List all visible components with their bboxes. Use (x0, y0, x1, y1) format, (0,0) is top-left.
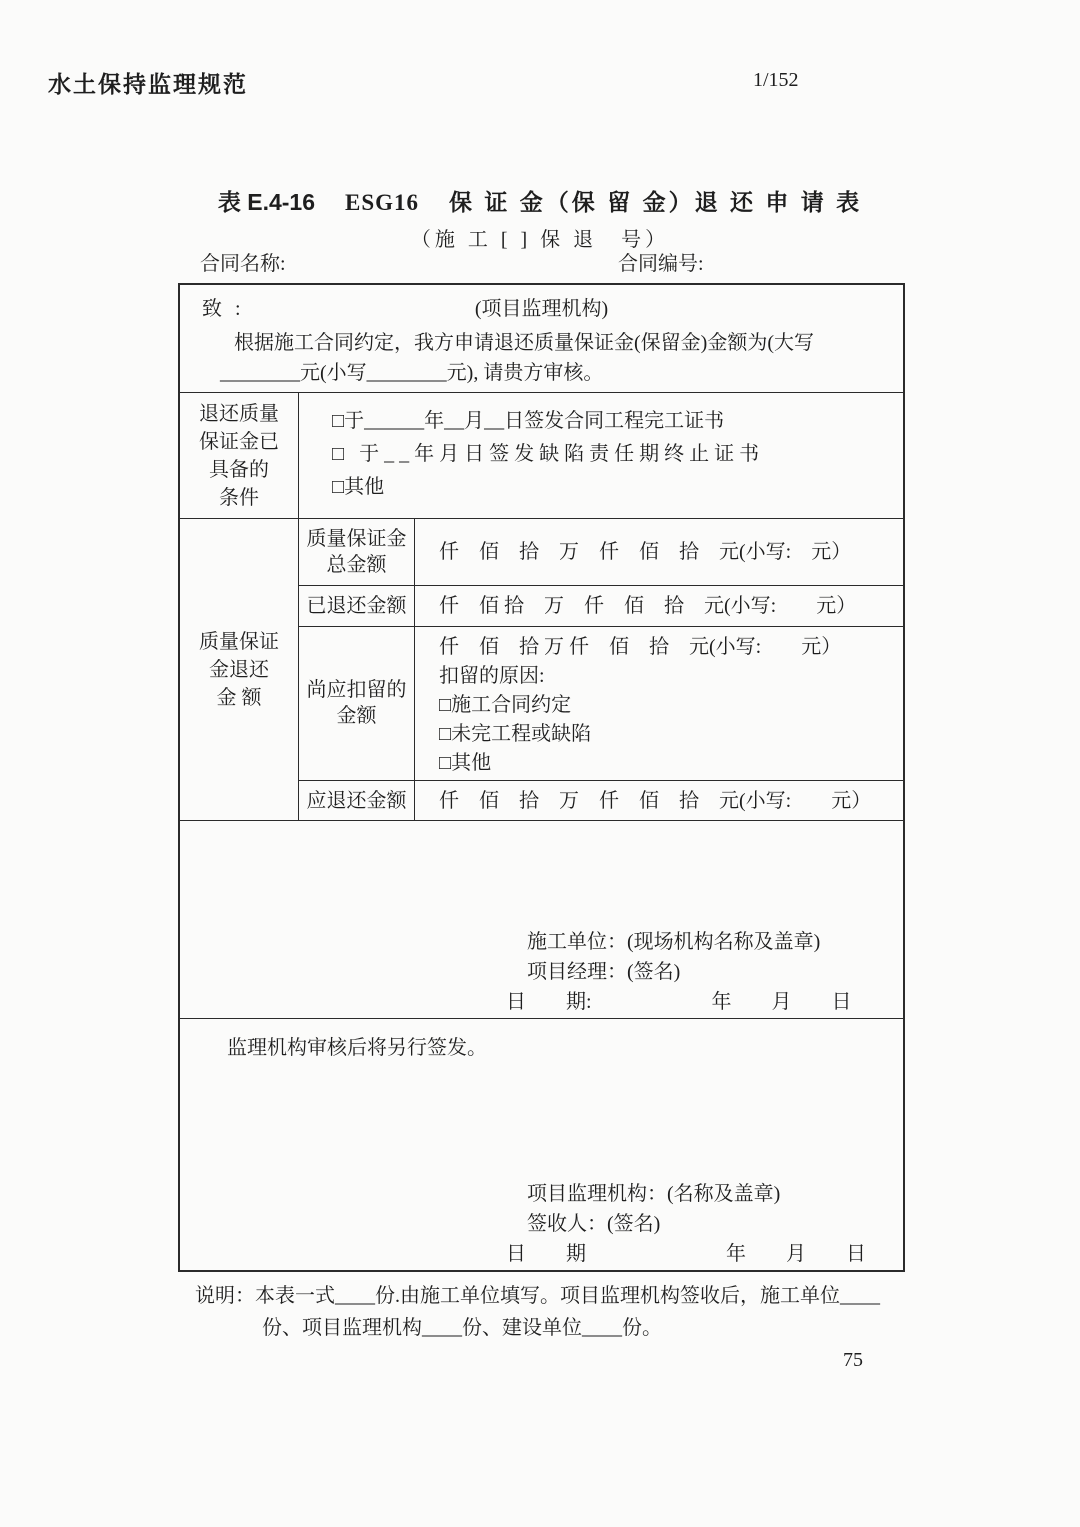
withheld-reason-heading: 扣留的原因: (439, 662, 895, 691)
footnote-line1: 说明：本表一式____份.由施工单位填写。项目监理机构签收后，施工单位____ (195, 1279, 880, 1308)
due-amount-label: 应退还金额 (299, 788, 414, 814)
withheld-amount-subrow: 尚应扣留的 金额 仟 佰 拾 万 仟 佰 拾 元(小写: 元） 扣留的原因: □… (299, 626, 903, 780)
total-amount-subrow: 质量保证金 总金额 仟 佰 拾 万 仟 佰 拾 元(小写: 元） (299, 519, 903, 585)
refunded-amount-label-cell: 已退还金额 (299, 586, 415, 626)
due-amount-subrow: 应退还金额 仟 佰 拾 万 仟 佰 拾 元(小写: 元） (299, 780, 903, 820)
condition-option-completion-certificate: □于______年__月__日签发合同工程完工证书 (332, 405, 893, 438)
receiver-line: 签收人：(签名) (527, 1209, 866, 1239)
amounts-subrows: 质量保证金 总金额 仟 佰 拾 万 仟 佰 拾 元(小写: 元） 已退还金额 仟… (299, 519, 903, 820)
refund-application-table: 致 : (项目监理机构) 根据施工合同约定，我方申请退还质量保证金(保留金)金额… (178, 283, 905, 1272)
page-indicator: 1/152 (753, 69, 799, 92)
page-number: 75 (843, 1349, 863, 1372)
project-manager-line: 项目经理：(签名) (527, 957, 852, 987)
document-page: 水土保持监理规范 1/152 表 E.4-16ESG16保 证 金（保 留 金）… (0, 0, 1080, 1527)
withheld-amount-label-line: 金额 (299, 703, 414, 729)
contractor-signature-block: 施工单位：(现场机构名称及盖章) 项目经理：(签名) 日 期: 年 月 日 (527, 927, 852, 1017)
contract-number-label: 合同编号: (618, 247, 704, 276)
total-amount-label-line: 质量保证金 (299, 526, 414, 552)
withheld-amount-label-cell: 尚应扣留的 金额 (299, 627, 415, 780)
contractor-unit-line: 施工单位：(现场机构名称及盖章) (527, 927, 852, 957)
conditions-row: 退还质量 保证金已 具备的 条件 □于______年__月__日签发合同工程完工… (180, 392, 903, 518)
amounts-row: 质量保证 金退还 金 额 质量保证金 总金额 仟 佰 拾 万 仟 佰 拾 元(小… (180, 518, 903, 820)
conditions-label-line: 保证金已 (180, 428, 298, 456)
document-title: 水土保持监理规范 (48, 66, 248, 99)
form-subtitle: （施 工 [ ] 保 退 号） (0, 223, 1080, 252)
condition-option-other: □其他 (332, 471, 893, 504)
amounts-label-line: 质量保证 (180, 628, 298, 656)
total-amount-label-cell: 质量保证金 总金额 (299, 519, 415, 585)
footnote-line2: 份、项目监理机构____份、建设单位____份。 (262, 1311, 662, 1340)
form-code: ESG16 (345, 190, 419, 215)
contractor-signature-row: 施工单位：(现场机构名称及盖章) 项目经理：(签名) 日 期: 年 月 日 (180, 820, 903, 1018)
addressee-line: 致 : (项目监理机构) (180, 294, 903, 327)
refunded-amount-subrow: 已退还金额 仟 佰 拾 万 仟 佰 拾 元(小写: 元） (299, 585, 903, 626)
refunded-amount-label: 已退还金额 (299, 593, 414, 619)
conditions-label-line: 具备的 (180, 456, 298, 484)
conditions-label-cell: 退还质量 保证金已 具备的 条件 (180, 393, 299, 518)
conditions-label-line: 退还质量 (180, 400, 298, 428)
refunded-amount-value: 仟 佰 拾 万 仟 佰 拾 元(小写: 元） (415, 586, 903, 626)
due-amount-label-cell: 应退还金额 (299, 781, 415, 820)
withheld-amount-value: 仟 佰 拾 万 仟 佰 拾 元(小写: 元） (439, 633, 895, 662)
total-amount-label-line: 总金额 (299, 552, 414, 578)
form-table-number: 表 E.4-16 (218, 189, 315, 215)
supervisor-signature-block: 项目监理机构：(名称及盖章) 签收人：(签名) 日 期 年 月 日 (527, 1179, 866, 1269)
form-title: 表 E.4-16ESG16保 证 金（保 留 金）退 还 申 请 表 (0, 184, 1080, 217)
contract-name-label: 合同名称: (200, 247, 286, 276)
conditions-label-line: 条件 (180, 484, 298, 512)
withheld-reason-option-contract: □施工合同约定 (439, 691, 895, 720)
to-label: 致 : (202, 294, 245, 324)
withheld-reason-option-unfinished: □未完工程或缺陷 (439, 720, 895, 749)
addressee-row: 致 : (项目监理机构) 根据施工合同约定，我方申请退还质量保证金(保留金)金额… (180, 285, 903, 392)
withheld-amount-label-line: 尚应扣留的 (299, 677, 414, 703)
supervisor-note: 监理机构审核后将另行签发。 (227, 1033, 487, 1063)
amounts-label-line: 金 额 (180, 684, 298, 712)
application-text-line2: ________元(小写________元), 请贵方审核。 (180, 358, 903, 388)
due-amount-value: 仟 佰 拾 万 仟 佰 拾 元(小写: 元） (415, 781, 903, 820)
amounts-label-cell: 质量保证 金退还 金 额 (180, 519, 299, 820)
supervisor-date-line: 日 期 年 月 日 (506, 1239, 866, 1269)
withheld-amount-content: 仟 佰 拾 万 仟 佰 拾 元(小写: 元） 扣留的原因: □施工合同约定 □未… (415, 627, 903, 780)
conditions-content-cell: □于______年__月__日签发合同工程完工证书 □ 于__年月日签发缺陷责任… (299, 393, 903, 518)
form-name: 保 证 金（保 留 金）退 还 申 请 表 (449, 189, 862, 215)
withheld-reason-option-other: □其他 (439, 749, 895, 778)
total-amount-value: 仟 佰 拾 万 仟 佰 拾 元(小写: 元） (415, 519, 903, 585)
amounts-label-line: 金退还 (180, 656, 298, 684)
supervision-org-placeholder: (项目监理机构) (180, 294, 903, 324)
condition-option-defect-liability-certificate: □ 于__年月日签发缺陷责任期终止证书 (332, 438, 893, 471)
application-text-line1: 根据施工合同约定，我方申请退还质量保证金(保留金)金额为(大写 (180, 328, 903, 358)
supervisor-section-row: 监理机构审核后将另行签发。 项目监理机构：(名称及盖章) 签收人：(签名) 日 … (180, 1018, 903, 1270)
supervision-org-line: 项目监理机构：(名称及盖章) (527, 1179, 866, 1209)
contractor-date-line: 日 期: 年 月 日 (506, 987, 852, 1017)
